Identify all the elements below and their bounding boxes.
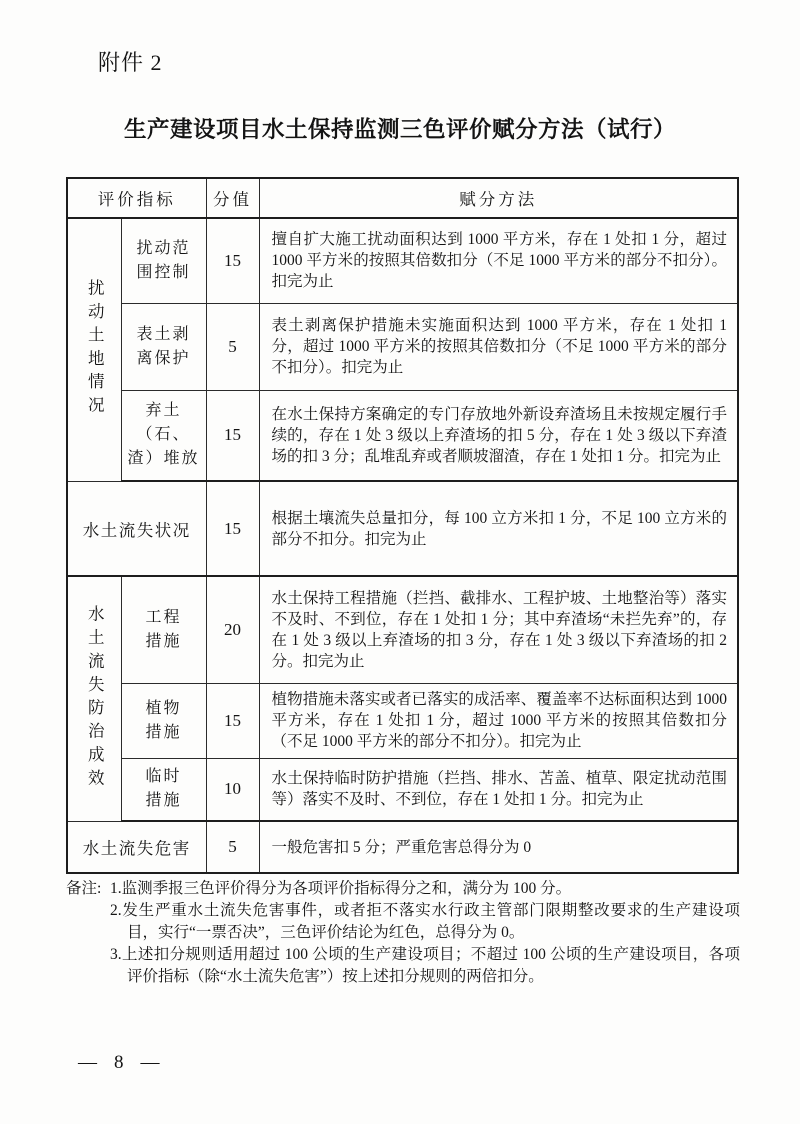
indicator-spoil-dumping: 弃土 （石、 渣）堆放 — [121, 390, 206, 481]
score-value: 15 — [206, 218, 259, 303]
method-text: 擅自扩大施工扰动面积达到 1000 平方米，存在 1 处扣 1 分，超过 100… — [259, 218, 738, 303]
table-header-row: 评价指标 分值 赋分方法 — [67, 178, 738, 218]
footer-number: 8 — [114, 1052, 124, 1074]
indicator-soil-loss-hazard: 水土流失危害 — [67, 821, 206, 873]
method-text: 在水土保持方案确定的专门存放地外新设弃渣场且未按规定履行手续的，存在 1 处 3… — [259, 390, 738, 481]
indicator-group-prevention-effect: 水土流失防治成效 — [67, 576, 121, 821]
notes-label: 备注: — [66, 878, 110, 988]
notes-block: 备注: 1.监测季报三色评价得分为各项评价指标得分之和，满分为 100 分。 2… — [66, 878, 740, 988]
score-value: 20 — [206, 576, 259, 683]
document-page: 附件 2 生产建设项目水土保持监测三色评价赋分方法（试行） 评价指标 分值 赋分… — [0, 0, 800, 1124]
indicator-soil-loss-status: 水土流失状况 — [67, 481, 206, 576]
score-value: 15 — [206, 481, 259, 576]
col-header-indicator: 评价指标 — [67, 178, 206, 218]
note-item-3: 3.上述扣分规则适用超过 100 公顷的生产建设项目；不超过 100 公顷的生产… — [110, 944, 740, 988]
table-row: 临时 措施 10 水土保持临时防护措施（拦挡、排水、苫盖、植草、限定扰动范围等）… — [67, 758, 738, 821]
indicator-group-disturbed-land: 扰动土地情况 — [67, 218, 121, 481]
table-row: 水土流失防治成效 工程 措施 20 水土保持工程措施（拦挡、截排水、工程护坡、土… — [67, 576, 738, 683]
scoring-table: 评价指标 分值 赋分方法 扰动土地情况 扰动范 围控制 15 擅自扩大施工扰动面… — [66, 177, 739, 874]
footer-dash-right: — — [141, 1052, 160, 1074]
page-title: 生产建设项目水土保持监测三色评价赋分方法（试行） — [0, 112, 800, 144]
table-row: 弃土 （石、 渣）堆放 15 在水土保持方案确定的专门存放地外新设弃渣场且未按规… — [67, 390, 738, 481]
method-text: 根据土壤流失总量扣分，每 100 立方米扣 1 分，不足 100 立方米的部分不… — [259, 481, 738, 576]
table-row: 水土流失危害 5 一般危害扣 5 分；严重危害总得分为 0 — [67, 821, 738, 873]
note-item-2: 2.发生严重水土流失危害事件，或者拒不落实水行政主管部门限期整改要求的生产建设项… — [110, 900, 740, 944]
score-value: 15 — [206, 683, 259, 758]
method-text: 一般危害扣 5 分；严重危害总得分为 0 — [259, 821, 738, 873]
indicator-topsoil-stripping-protection: 表土剥 离保护 — [121, 303, 206, 390]
col-header-method: 赋分方法 — [259, 178, 738, 218]
method-text: 水土保持临时防护措施（拦挡、排水、苫盖、植草、限定扰动范围等）落实不及时、不到位… — [259, 758, 738, 821]
method-text: 水土保持工程措施（拦挡、截排水、工程护坡、土地整治等）落实不及时、不到位，存在 … — [259, 576, 738, 683]
table-row: 表土剥 离保护 5 表土剥离保护措施未实施面积达到 1000 平方米，存在 1 … — [67, 303, 738, 390]
score-value: 5 — [206, 821, 259, 873]
page-number: — 8 — — [78, 1052, 160, 1074]
indicator-disturbance-scope-control: 扰动范 围控制 — [121, 218, 206, 303]
table-row: 植物 措施 15 植物措施未落实或者已落实的成活率、覆盖率不达标面积达到 100… — [67, 683, 738, 758]
note-item-1: 1.监测季报三色评价得分为各项评价指标得分之和，满分为 100 分。 — [110, 878, 740, 900]
table-row: 水土流失状况 15 根据土壤流失总量扣分，每 100 立方米扣 1 分，不足 1… — [67, 481, 738, 576]
score-value: 15 — [206, 390, 259, 481]
score-value: 5 — [206, 303, 259, 390]
footer-dash-left: — — [78, 1052, 97, 1074]
indicator-temporary-measures: 临时 措施 — [121, 758, 206, 821]
indicator-engineering-measures: 工程 措施 — [121, 576, 206, 683]
notes-items: 1.监测季报三色评价得分为各项评价指标得分之和，满分为 100 分。 2.发生严… — [110, 878, 740, 988]
method-text: 表土剥离保护措施未实施面积达到 1000 平方米，存在 1 处扣 1 分，超过 … — [259, 303, 738, 390]
col-header-score: 分值 — [206, 178, 259, 218]
indicator-vegetation-measures: 植物 措施 — [121, 683, 206, 758]
table-row: 扰动土地情况 扰动范 围控制 15 擅自扩大施工扰动面积达到 1000 平方米，… — [67, 218, 738, 303]
attachment-label: 附件 2 — [98, 46, 163, 77]
score-value: 10 — [206, 758, 259, 821]
method-text: 植物措施未落实或者已落实的成活率、覆盖率不达标面积达到 1000 平方米，存在 … — [259, 683, 738, 758]
